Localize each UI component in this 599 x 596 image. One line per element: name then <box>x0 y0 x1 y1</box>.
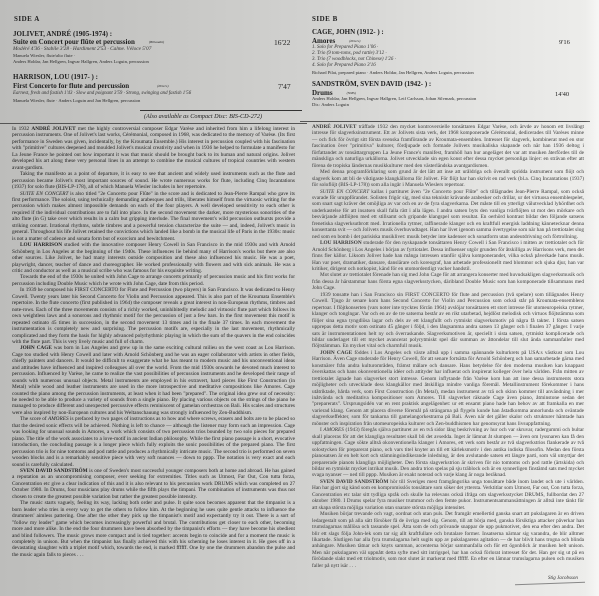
notes-paragraph: 1939 tonsatte han i San Francisco sin FI… <box>312 292 584 350</box>
highlighted-name: JOHN CAGE <box>320 350 352 356</box>
track-composer: JOLIVET, ANDRÉ (1905-1974) : <box>13 30 112 38</box>
highlighted-name: SUITE EN CONCERT <box>320 189 369 195</box>
track-duration: 7'47 <box>278 82 291 91</box>
highlighted-name: ANDRÉ JOLIVET <box>31 126 75 132</box>
author-signature: Stig Jacobsson <box>548 576 578 581</box>
track-movements: Earnest, fresh and fastish 1'43 · Slow a… <box>13 91 191 96</box>
notes-paragraph: LOU HARRISON studerade för den nyskapand… <box>312 240 584 272</box>
highlighted-name: LOU HARRISON <box>320 240 362 246</box>
notes-paragraph: SUITE EN CONCERT kallas i partituret äve… <box>312 189 584 241</box>
notes-paragraph: Mot slutet av trettiotalet förenade han … <box>312 272 584 291</box>
track-movements: Modéré 4'36 · Stabile 3'28 · Hardiment 2… <box>13 46 151 52</box>
highlighted-name: ANDRÉ JOLIVET <box>312 124 356 130</box>
record-sleeve-back: SIDE A JOLIVET, ANDRÉ (1905-1974) : Suit… <box>0 0 599 596</box>
notes-paragraph: Med denna programförklaring som grund är… <box>312 169 584 188</box>
highlighted-name: AMORES <box>323 427 344 433</box>
movement-item: 4. Solo for Prepared Piano 3'16 <box>312 63 396 69</box>
notes-paragraph: In 1932 ANDRÉ JOLIVET met the highly con… <box>12 126 295 171</box>
liner-notes-swedish: ANDRÉ JOLIVET träffade 1932 den mycket k… <box>312 124 584 569</box>
notes-paragraph: The music starts vaguely, feeling its wa… <box>12 500 295 558</box>
track-performers: Manuela Wiesler, flute/alto flute · Ande… <box>13 53 149 65</box>
track-composer: CAGE, JOHN (1912- ) : <box>312 28 384 36</box>
notes-paragraph: In 1939 he composed his FIRST CONCERTO f… <box>12 287 295 345</box>
track-work: Amores(Peters) <box>312 37 360 45</box>
work-publisher: (Peters) <box>157 84 168 88</box>
highlighted-name: SVEN DAVID SANDSTRÖM <box>20 468 88 474</box>
highlighted-name: SVEN DAVID SANDSTRÖM <box>320 479 388 485</box>
liner-notes-english: In 1932 ANDRÉ JOLIVET met the highly con… <box>12 126 295 558</box>
track-duration: 16'22 <box>274 38 290 47</box>
side-b-label: SIDE B <box>312 15 338 23</box>
highlighted-name: AMORES <box>48 416 69 422</box>
notes-paragraph: JOHN CAGE föddes i Los Angeles och växte… <box>312 350 584 427</box>
performer-line: Dir.: Anders Loguin <box>312 102 476 108</box>
sleeve-edge-highlight <box>585 0 599 596</box>
work-publisher: (Peters) <box>349 39 360 43</box>
track-composer: HARRISON, LOU (1917- ) : <box>13 73 98 81</box>
highlighted-name: JOHN CAGE <box>20 345 52 351</box>
work-publisher: (Billaudot) <box>149 40 164 44</box>
performer-line: Manuela Wiesler, flute · Anders Loguin a… <box>13 98 140 104</box>
work-title: Amores <box>312 37 335 45</box>
notes-paragraph: LOU HARRISON studied with the innovative… <box>12 242 295 274</box>
divider-rule <box>140 110 302 111</box>
track-work: First Concerto for flute and percussion(… <box>13 82 169 90</box>
notes-paragraph: Towards the end of the 1930s he united w… <box>12 274 295 287</box>
performer-line: Richard Pilat, prepared piano · Anders H… <box>312 70 474 76</box>
track-performers: Anders Holdar, Jan Hellgren, Ingvar Hall… <box>312 96 476 108</box>
notes-paragraph: Taking the manifesto as a point of depar… <box>12 171 295 190</box>
work-publisher: (NMS) <box>347 91 356 95</box>
track-duration: 14'40 <box>555 91 569 98</box>
work-title: First Concerto for flute and percussion <box>13 82 129 90</box>
track-composer: SANDSTRÖM, SVEN DAVID (1942- ) : <box>312 80 431 88</box>
work-title: Suite en Concert pour flûte et percussio… <box>13 38 135 46</box>
notes-paragraph: JOHN CAGE was born in Los Angeles and gr… <box>12 345 295 416</box>
notes-paragraph: The score of AMORES is prefaced by two p… <box>12 416 295 468</box>
highlighted-name: SUITE EN CONCERT <box>20 191 68 197</box>
side-a-label: SIDE A <box>14 15 40 23</box>
track-performers: Manuela Wiesler, flute · Anders Loguin a… <box>13 98 140 104</box>
notes-paragraph: Musiken börjar trevande och vagt, oordna… <box>312 511 584 569</box>
notes-paragraph: I AMORES (1943) föregås själva partiture… <box>312 427 584 479</box>
track-performers: Richard Pilat, prepared piano · Anders H… <box>312 70 474 76</box>
track-work: Suite en Concert pour flûte et percussio… <box>13 38 164 46</box>
track-movements: 1. Solo for Prepared Piano 1'06 · 2. Tri… <box>312 45 396 69</box>
notes-paragraph: ANDRÉ JOLIVET träffade 1932 den mycket k… <box>312 124 584 169</box>
compact-disc-note: (Also available as Compact Disc: BIS-CD-… <box>144 113 262 120</box>
divider-rule <box>300 121 590 122</box>
notes-paragraph: SUITE EN CONCERT is also titled "2e Conc… <box>12 191 295 243</box>
notes-paragraph: SVEN DAVID SANDSTRÖM is one of Sweden's … <box>12 468 295 500</box>
sleeve-edge <box>515 582 585 585</box>
notes-paragraph: SVEN DAVID SANDSTRÖM hör till Sveriges m… <box>312 479 584 511</box>
highlighted-name: LOU HARRISON <box>20 242 62 248</box>
divider-rule <box>0 123 307 124</box>
track-duration: 9'16 <box>559 39 570 46</box>
performer-line: Anders Holdar, Jan Hellgren, Ingvar Hall… <box>13 59 149 65</box>
